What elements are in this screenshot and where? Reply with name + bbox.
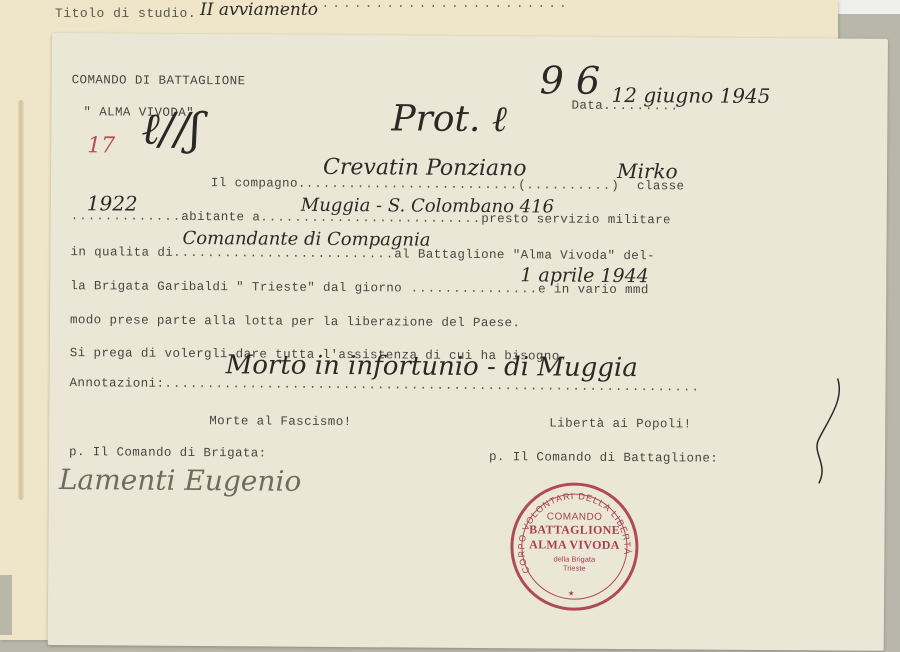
brigata-text: la Brigata Garibaldi " Trieste" dal gior… (70, 279, 402, 295)
underlying-field-label: Titolo di studio. (55, 6, 196, 21)
stamp-line-2: BATTAGLIONE (513, 522, 635, 538)
backdrop-corner (0, 575, 12, 635)
slogan-right: Libertà ai Popoli! (549, 416, 691, 431)
date-label: Data. (571, 99, 611, 113)
date-value: 12 giugno 1945 (611, 83, 770, 108)
stamp-line-1: COMANDO (514, 511, 636, 523)
underlying-field-value: II avviamento (200, 0, 318, 20)
stamp-center: COMANDO BATTAGLIONE ALMA VIVODA della Br… (513, 511, 635, 573)
red-pencil-number: 17 (87, 133, 115, 158)
battaglione-text: al Battaglione "Alma Vivoda" del- (394, 247, 655, 263)
brigata-signature: Lamenti Eugenio (59, 463, 302, 498)
qualita-label: in qualita di (70, 245, 173, 260)
abitante-label: abitante a (181, 210, 260, 225)
stamp-line-5: Trieste (513, 563, 635, 573)
role-value: Comandante di Compagnia (182, 228, 430, 251)
birth-year: 1922 (87, 191, 138, 215)
handwritten-number: 9 6 (540, 58, 601, 102)
certificate-card: COMANDO DI BATTAGLIONE " ALMA VIVODA" 17… (48, 33, 888, 651)
partisan-nickname: Mirko (617, 159, 678, 183)
annotazioni-label: Annotazioni: (70, 376, 165, 391)
backdrop (836, 0, 900, 14)
battaglione-signature-label: p. Il Comando di Battaglione: (489, 450, 718, 466)
stamp-line-3: ALMA VIVODA (513, 537, 635, 553)
slogan-left: Morte al Fascismo! (209, 414, 351, 429)
line-lotta: modo prese parte alla lotta per la liber… (70, 313, 520, 330)
titolo-label: Titolo di studio. (55, 6, 196, 21)
signature-flourish (789, 368, 850, 488)
battalion-stamp: CORPO VOLONTARI DELLA LIBERTÀ COMANDO BA… (510, 482, 639, 611)
star-icon: ★ (568, 588, 574, 600)
header-line-1: COMANDO DI BATTAGLIONE (72, 73, 246, 88)
nickname-dots: .......... (526, 178, 611, 193)
handwritten-protocol: Prot. ℓ (391, 97, 507, 140)
brigata-signature-label: p. Il Comando di Brigata: (69, 445, 267, 460)
handwritten-initials: ℓ//ʃ (141, 104, 201, 155)
start-date-dots: ............... (402, 281, 538, 296)
start-date-value: 1 aprile 1944 (520, 264, 649, 287)
residence-value: Muggia - S. Colombano 416 (301, 195, 554, 218)
compagno-label: Il compagno. (211, 176, 306, 191)
paper-stain (18, 100, 24, 500)
partisan-name: Crevatin Ponziano (323, 155, 527, 181)
annotazioni-value: Morto in infortunio - di Muggia (226, 350, 638, 383)
